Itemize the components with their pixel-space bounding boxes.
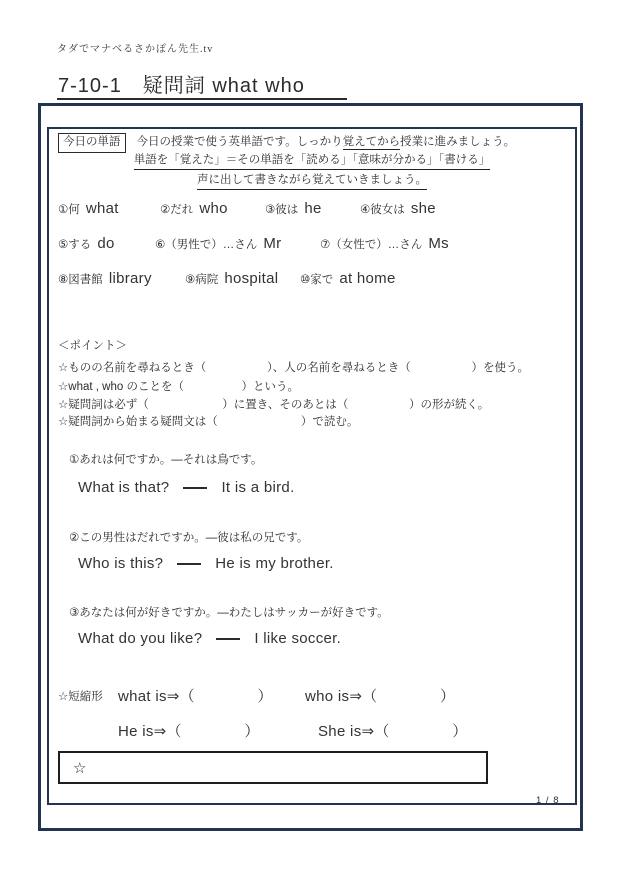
vocab-term-jp: ②だれ xyxy=(160,204,193,216)
vocab-term-en: at home xyxy=(339,270,395,287)
example-jp: ②この男性はだれですか。―彼は私の兄です。 xyxy=(69,531,308,546)
intro-rule-line: 単語を「覚えた」＝その単語を「読める」「意味が分かる」「書ける」 xyxy=(49,153,575,170)
vocab-term-en: Mr xyxy=(263,235,281,252)
page-title: 7-10-1 疑問詞 what who xyxy=(57,78,347,100)
content-box: 今日の単語今日の授業で使う英単語です。しっかり覚えてから授業に進みましょう。 単… xyxy=(47,127,577,805)
example-question: What do you like? xyxy=(78,630,202,648)
point-item: ☆疑問詞は必ず（ ）に置き、そのあとは（ ）の形が続く。 xyxy=(58,398,489,413)
page-border: 今日の単語今日の授業で使う英単語です。しっかり覚えてから授業に進みましょう。 単… xyxy=(38,103,583,831)
vocab-term-en: what xyxy=(86,200,119,217)
intro-practice-text: 声に出して書きながら覚えていきましょう。 xyxy=(197,173,427,190)
note-box: ☆ xyxy=(58,751,488,784)
vocab-item: ④彼女はshe xyxy=(360,200,436,218)
example-answer: It is a bird. xyxy=(221,479,294,497)
intro-line: 今日の単語今日の授業で使う英単語です。しっかり覚えてから授業に進みましょう。 xyxy=(58,133,515,153)
example-en: What is that? It is a bird. xyxy=(78,479,295,497)
vocab-item: ⑥（男性で）…さんMr xyxy=(155,235,281,253)
dash-separator-icon xyxy=(183,487,207,489)
example-en: Who is this? He is my brother. xyxy=(78,555,334,573)
vocab-term-jp: ④彼女は xyxy=(360,204,405,216)
dash-separator-icon xyxy=(177,563,201,565)
vocab-term-jp: ⑧図書館 xyxy=(58,274,103,286)
vocab-item: ①何what xyxy=(58,200,119,218)
intro-practice-line: 声に出して書きながら覚えていきましょう。 xyxy=(49,173,575,190)
example-answer: He is my brother. xyxy=(215,555,333,573)
vocab-term-en: do xyxy=(97,235,114,252)
example-en: What do you like? I like soccer. xyxy=(78,630,341,648)
vocab-term-jp: ①何 xyxy=(58,204,80,216)
vocab-term-en: who xyxy=(199,200,227,217)
vocab-term-en: Ms xyxy=(428,235,449,252)
vocab-item: ⑤するdo xyxy=(58,235,115,253)
page-number: 1 / 8 xyxy=(536,795,560,806)
example-question: Who is this? xyxy=(78,555,163,573)
vocab-term-jp: ⑩家で xyxy=(300,274,333,286)
vocab-term-en: hospital xyxy=(224,270,278,287)
star-icon: ☆ xyxy=(73,759,86,777)
contraction-item: She is⇒（ ） xyxy=(318,723,468,741)
example-jp: ③あなたは何が好きですか。―わたしはサッカーが好きです。 xyxy=(69,606,389,621)
contractions-label: ☆短縮形 xyxy=(58,690,103,705)
vocab-item: ③彼はhe xyxy=(265,200,322,218)
vocab-term-jp: ⑦（女性で）…さん xyxy=(320,239,422,251)
vocab-term-jp: ⑥（男性で）…さん xyxy=(155,239,257,251)
vocab-item: ⑦（女性で）…さんMs xyxy=(320,235,449,253)
vocab-term-en: she xyxy=(411,200,436,217)
vocab-term-jp: ③彼は xyxy=(265,204,298,216)
today-words-label: 今日の単語 xyxy=(58,133,126,153)
intro-text-post: 授業に進みましょう。 xyxy=(400,136,515,148)
point-item: ☆what , who のことを（ ）という。 xyxy=(58,380,299,395)
dash-separator-icon xyxy=(216,638,240,640)
vocab-item: ②だれwho xyxy=(160,200,228,218)
intro-text-pre: 今日の授業で使う英単語です。しっかり xyxy=(137,136,343,148)
points-heading: ＜ポイント＞ xyxy=(58,339,127,354)
vocab-row-2: ⑤するdo ⑥（男性で）…さんMr ⑦（女性で）…さんMs xyxy=(49,235,575,255)
vocab-term-en: library xyxy=(109,270,152,287)
vocab-term-jp: ⑨病院 xyxy=(185,274,218,286)
contraction-item: who is⇒（ ） xyxy=(305,688,455,706)
vocab-item: ⑩家でat home xyxy=(300,270,396,288)
point-item: ☆疑問詞から始まる疑問文は（ ）で読む。 xyxy=(58,415,358,430)
example-question: What is that? xyxy=(78,479,169,497)
intro-rule-text: 単語を「覚えた」＝その単語を「読める」「意味が分かる」「書ける」 xyxy=(134,153,491,170)
vocab-item: ⑧図書館library xyxy=(58,270,152,288)
vocab-item: ⑨病院hospital xyxy=(185,270,278,288)
contraction-item: He is⇒（ ） xyxy=(118,723,260,741)
intro-text-underlined: 覚えてから xyxy=(343,136,401,150)
site-name: タダでマナベるさかぽん先生.tv xyxy=(57,40,213,55)
contraction-item: what is⇒（ ） xyxy=(118,688,273,706)
vocab-row-3: ⑧図書館library ⑨病院hospital ⑩家でat home xyxy=(49,270,575,290)
vocab-term-en: he xyxy=(304,200,321,217)
example-jp: ①あれは何ですか。―それは鳥です。 xyxy=(69,453,262,468)
vocab-row-1: ①何what ②だれwho ③彼はhe ④彼女はshe xyxy=(49,200,575,220)
vocab-term-jp: ⑤する xyxy=(58,239,91,251)
point-item: ☆ものの名前を尋ねるとき（ ）、人の名前を尋ねるとき（ ）を使う。 xyxy=(58,361,529,376)
example-answer: I like soccer. xyxy=(254,630,341,648)
